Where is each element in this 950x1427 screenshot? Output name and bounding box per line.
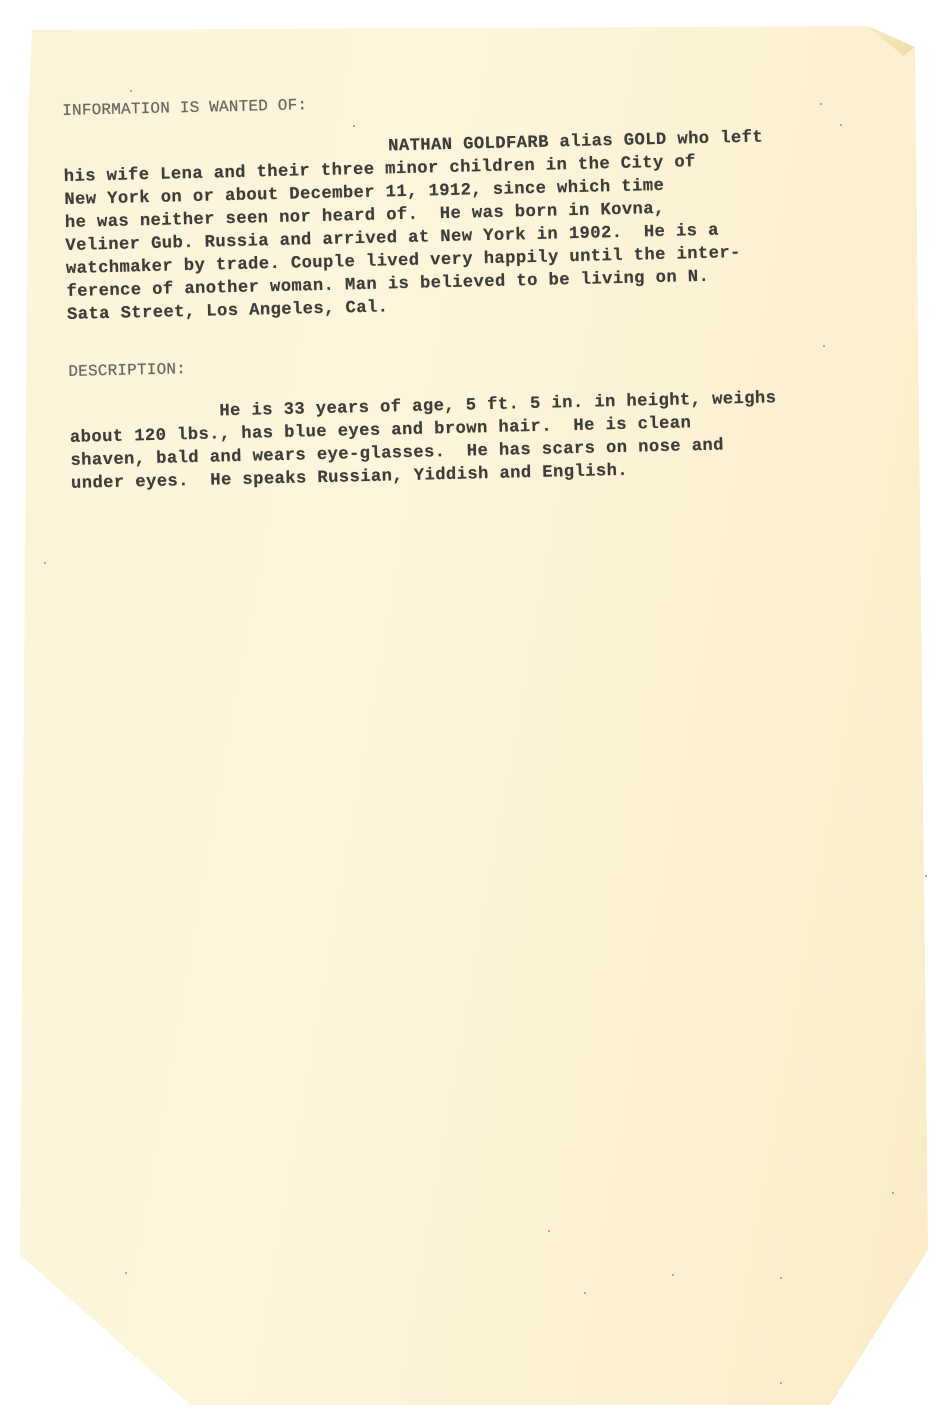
paper-speck <box>548 1230 550 1232</box>
paper-speck <box>672 1274 674 1276</box>
paper-speck <box>44 562 46 564</box>
paper-speck <box>780 1277 782 1279</box>
wanted-person-name: NATHAN GOLDFARB <box>388 134 549 157</box>
paper-speck <box>130 90 132 92</box>
paper-speck <box>892 1192 894 1194</box>
paper-speck <box>584 1292 586 1294</box>
wanted-name-rest: alias GOLD who left <box>549 128 764 152</box>
paper-speck <box>780 1382 782 1384</box>
paper-speck <box>925 875 927 877</box>
typed-notice: INFORMATION IS WANTED OF: NATHAN GOLDFAR… <box>62 80 931 496</box>
paper-speck <box>125 1272 127 1274</box>
